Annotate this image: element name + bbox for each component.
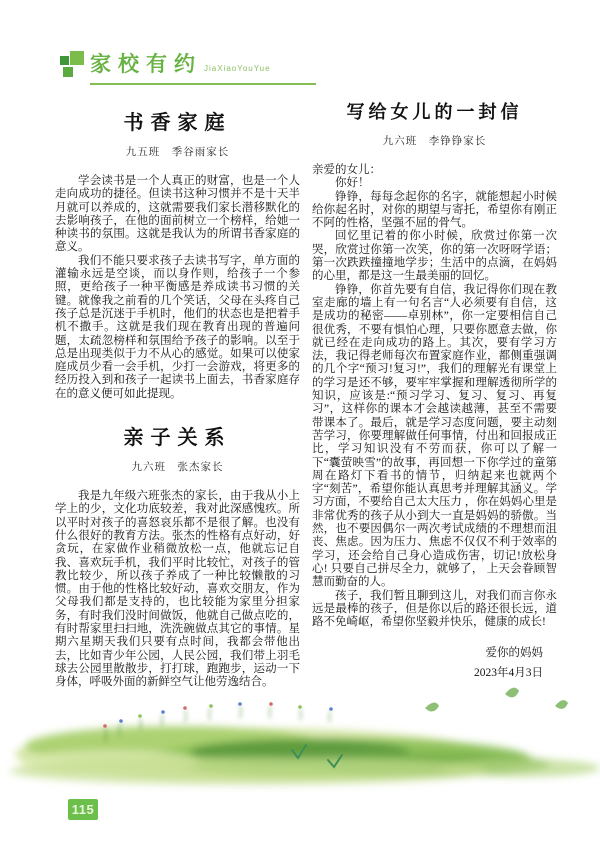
signature-date: 2023年4月3日 (312, 663, 543, 683)
grass-hill-illustration (0, 676, 600, 806)
squares-logo-icon (60, 51, 86, 81)
article-shuxiang-jiating: 书香家庭 九五班 季谷雨家长 学会读书是一个人真正的财富，也是一个人走向成功的捷… (55, 106, 300, 401)
paragraph: 回忆里记着的你小时候，欣赏过你第一次哭，欣赏过你第一次笑，你的第一次呀呀学语；第… (312, 230, 557, 283)
letter-body: 亲爱的女儿： 你好！ 铮铮，每每念起你的名字，就能想起小时候给你起名时，对你的期… (312, 164, 557, 629)
letter-signature-block: 爱你的妈妈 2023年4月3日 (312, 643, 557, 683)
article-body: 学会读书是一个人真正的财富，也是一个人走向成功的捷径。但读书这种习惯并不是十天半… (55, 175, 300, 401)
magazine-page: 家校有约 JiaXiaoYouYue 书香家庭 九五班 季谷雨家长 学会读书是一… (0, 0, 600, 848)
letter-salutation: 亲爱的女儿： (312, 164, 557, 177)
article-author: 九六班 李铮铮家长 (312, 133, 557, 148)
article-author: 九五班 季谷雨家长 (55, 144, 300, 159)
signature-name: 爱你的妈妈 (312, 643, 543, 663)
article-author: 九六班 张杰家长 (55, 459, 300, 474)
paragraph: 铮铮，你首先要有自信，我记得你们现在教室走廊的墙上有一句名言“人必须要有自信，这… (312, 284, 557, 590)
flower-dots (103, 702, 333, 728)
paragraph: 我们不能只要求孩子去读书写字，单方面的灌输永远是空谈，而以身作则，给孩子一个参照… (55, 255, 300, 401)
column-section-title: 家校有约 (90, 48, 202, 78)
letter-greeting: 你好！ (312, 177, 557, 190)
paragraph: 学会读书是一个人真正的财富，也是一个人走向成功的捷径。但读书这种习惯并不是十天半… (55, 175, 300, 255)
column-section-subtitle: JiaXiaoYouYue (204, 64, 271, 73)
left-column: 书香家庭 九五班 季谷雨家长 学会读书是一个人真正的财富，也是一个人走向成功的捷… (55, 98, 300, 690)
article-qinzi-guanxi: 亲子关系 九六班 张杰家长 我是九年级六班张杰的家长，由于我从小上学上的少，文化… (55, 421, 300, 689)
article-title: 亲子关系 (55, 421, 300, 450)
watercolor-hill (10, 726, 600, 785)
article-title: 写给女儿的一封信 (312, 98, 557, 124)
paragraph: 铮铮，每每念起你的名字，就能想起小时候给你起名时，对你的期望与寄托，希望你有刚正… (312, 191, 557, 231)
article-letter-to-daughter: 写给女儿的一封信 九六班 李铮铮家长 亲爱的女儿： 你好！ 铮铮，每每念起你的名… (312, 98, 557, 683)
article-body: 我是九年级六班张杰的家长，由于我从小上学上的少，文化功底较差，我对此深感愧疚。所… (55, 490, 300, 689)
leaf-icons (425, 688, 568, 712)
paragraph: 我是九年级六班张杰的家长，由于我从小上学上的少，文化功底较差，我对此深感愧疚。所… (55, 490, 300, 689)
content-columns: 书香家庭 九五班 季谷雨家长 学会读书是一个人真正的财富，也是一个人走向成功的捷… (55, 98, 557, 690)
page-number-badge: 115 (68, 799, 98, 820)
header-title-block: 家校有约 JiaXiaoYouYue (90, 48, 316, 85)
right-column: 写给女儿的一封信 九六班 李铮铮家长 亲爱的女儿： 你好！ 铮铮，每每念起你的名… (312, 98, 557, 690)
flower-stems (105, 706, 331, 742)
paragraph: 孩子，我们暂且聊到这儿，对我们而言你永远是最棒的孩子，但是你以后的路还很长远，道… (312, 590, 557, 630)
magazine-header: 家校有约 JiaXiaoYouYue (60, 48, 316, 85)
article-title: 书香家庭 (55, 106, 300, 135)
bird-icons (292, 745, 342, 767)
grass-decoration (0, 676, 600, 806)
